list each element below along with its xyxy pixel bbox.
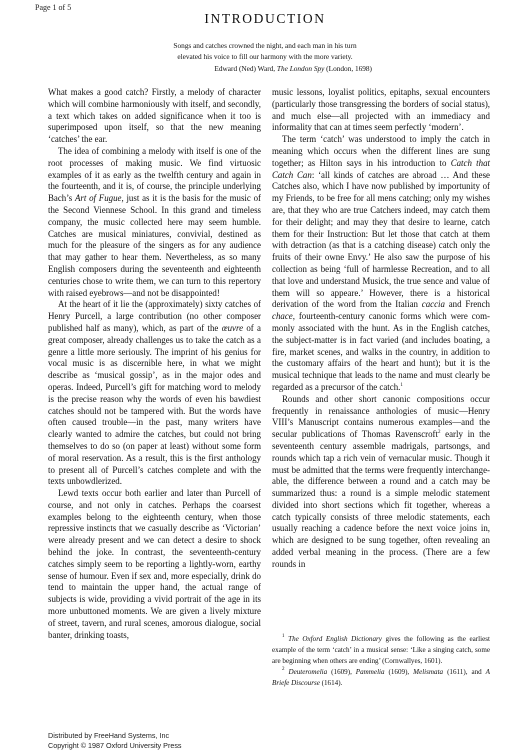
- italic-title: The Oxford English Dictionary: [288, 635, 382, 643]
- paragraph: The term ‘catch’ was understood to imply…: [272, 134, 490, 394]
- footnote-ref[interactable]: 1: [400, 383, 403, 388]
- epigraph: Songs and catches crowned the night, and…: [158, 40, 372, 74]
- text-run: (1609),: [385, 668, 414, 676]
- footnote: 1 The Oxford English Dictionary gives th…: [272, 634, 490, 667]
- footnote-marker: 2: [282, 667, 285, 672]
- text-run: : ‘all kinds of catches are abroad … And…: [272, 170, 490, 310]
- copyright-line: Copyright © 1987 Oxford University Press: [48, 741, 182, 750]
- epigraph-attribution: Edward (Ned) Ward, The London Spy (Londo…: [158, 63, 372, 74]
- left-column: What makes a good catch? Firstly, a melo…: [48, 87, 261, 641]
- paragraph: music lessons, loyalist politics, epitap…: [272, 87, 490, 134]
- paragraph: At the heart of it lie the (approximatel…: [48, 299, 261, 488]
- page-title: INTRODUCTION: [0, 11, 530, 27]
- text-run: (1614).: [320, 679, 342, 687]
- epigraph-line-1: Songs and catches crowned the night, and…: [158, 40, 372, 51]
- paragraph: What makes a good catch? Firstly, a melo…: [48, 87, 261, 146]
- paragraph: Lewd texts occur both earlier and later …: [48, 488, 261, 641]
- text-run: , fourteenth-century canonic forms which…: [272, 311, 490, 392]
- epigraph-line-2: elevated his voice to fill our harmony w…: [158, 51, 372, 62]
- footnotes: 1 The Oxford English Dictionary gives th…: [272, 634, 490, 689]
- attribution-author: Edward (Ned) Ward,: [214, 64, 277, 73]
- attribution-place-date: (London, 1698): [324, 64, 372, 73]
- attribution-work: The London Spy: [277, 64, 324, 73]
- text-run: early in the seventeenth century as­semb…: [272, 429, 490, 569]
- italic-term: caccia: [422, 299, 445, 309]
- text-run: (1609),: [327, 668, 356, 676]
- italic-title: Deuteromelia: [288, 668, 327, 676]
- footer: Distributed by FreeHand Systems, Inc Cop…: [48, 731, 182, 750]
- italic-term: chace: [272, 311, 293, 321]
- italic-title: Melismata: [413, 668, 443, 676]
- text-run: of a great composer, already challenges …: [48, 323, 261, 486]
- distributor-line: Distributed by FreeHand Systems, Inc: [48, 731, 182, 741]
- italic-term: œuvre: [222, 323, 243, 333]
- right-column: music lessons, loyalist politics, epitap…: [272, 87, 490, 571]
- footnote-marker: 1: [282, 634, 285, 639]
- text-run: , just as it is the basis for the music …: [48, 193, 261, 297]
- italic-title: Pammelia: [356, 668, 385, 676]
- text-run: and French: [445, 299, 490, 309]
- text-run: (1611), and: [443, 668, 486, 676]
- paragraph: Rounds and other short canonic compositi…: [272, 394, 490, 571]
- italic-title: Art of Fugue: [75, 193, 122, 203]
- paragraph: The idea of combining a melody with itse…: [48, 146, 261, 299]
- footnote: 2 Deuteromelia (1609), Pammelia (1609), …: [272, 667, 490, 689]
